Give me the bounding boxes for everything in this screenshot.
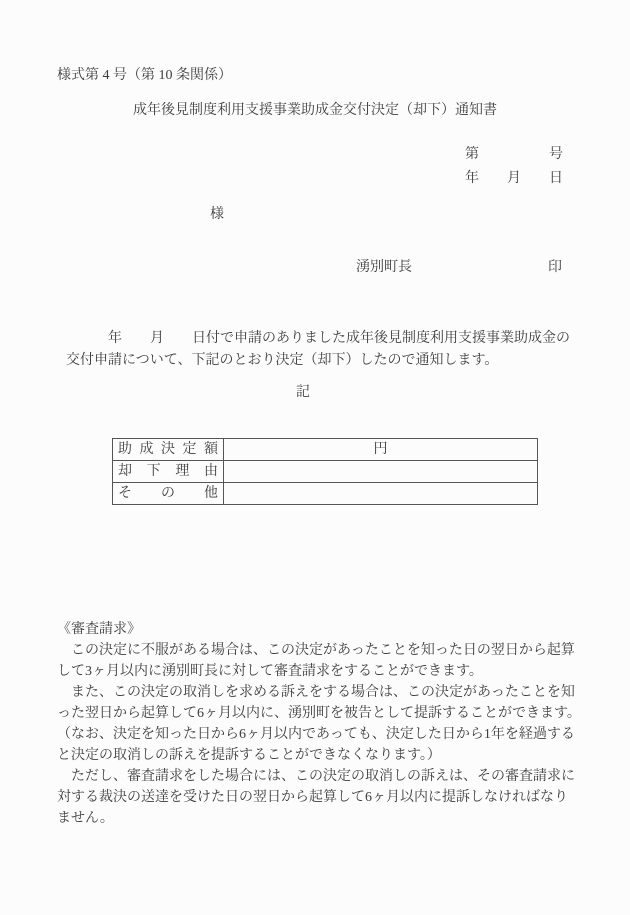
table-label-grant-amount: 助成決定額: [113, 439, 224, 461]
issuer-name: 湧別町長: [356, 261, 412, 275]
table-value-rejection-reason: [224, 461, 538, 483]
table-label-text: 却下理由: [118, 461, 218, 482]
table-label-text: その他: [118, 483, 218, 504]
record-mark: 記: [0, 386, 606, 400]
appeal-line: と決定の取消しの訴えを提訴することができなくなります。）: [57, 745, 582, 766]
appeal-line: ただし、審査請求をした場合には、この決定の取消しの訴えは、その審査請求に: [57, 766, 582, 787]
appeal-line: （なお、決定を知った日から6ヶ月以内であっても、決定した日から1年を経過する: [57, 724, 582, 745]
document-number-line: 第 号: [465, 148, 563, 162]
table-label-text: 助成決定額: [118, 439, 218, 460]
appeal-section: 《審査請求》 この決定に不服がある場合は、この決定があったことを知った日の翌日か…: [57, 619, 582, 829]
date-line: 年 月 日: [465, 172, 563, 186]
document-title: 成年後見制度利用支援事業助成金交付決定（却下）通知書: [0, 104, 630, 118]
notification-body: 年 月 日付で申請のありました成年後見制度利用支援事業助成金の 交付申請について…: [66, 328, 586, 373]
seal-mark: 印: [548, 261, 562, 275]
appeal-line: 対する裁決の送達を受けた日の翌日から起算して6ヶ月以内に提訴しなければなり: [57, 787, 582, 808]
form-number: 様式第 4 号（第 10 条関係）: [57, 69, 232, 83]
table-row-grant-amount: 助成決定額 円: [113, 439, 538, 461]
appeal-line: また、この決定の取消しを求める訴えをする場合は、この決定があったことを知: [57, 682, 582, 703]
table-row-rejection-reason: 却下理由: [113, 461, 538, 483]
issuer-row: 湧別町長 印: [356, 261, 562, 275]
table-value-other: [224, 483, 538, 505]
table-label-rejection-reason: 却下理由: [113, 461, 224, 483]
table-row-other: その他: [113, 483, 538, 505]
appeal-line: った翌日から起算して6ヶ月以内に、湧別町を被告として提訴することができます。: [57, 703, 582, 724]
appeal-line: この決定に不服がある場合は、この決定があったことを知った日の翌日から起算: [57, 640, 582, 661]
document-page: 様式第 4 号（第 10 条関係） 成年後見制度利用支援事業助成金交付決定（却下…: [0, 0, 630, 915]
decision-table: 助成決定額 円 却下理由 その他: [112, 438, 538, 505]
appeal-line: ません。: [57, 808, 582, 829]
appeal-heading: 《審査請求》: [57, 619, 582, 640]
appeal-line: して3ヶ月以内に湧別町長に対して審査請求をすることができます。: [57, 661, 582, 682]
notification-body-line1: 年 月 日付で申請のありました成年後見制度利用支援事業助成金の: [66, 328, 586, 350]
addressee-honorific: 様: [210, 208, 224, 222]
notification-body-line2: 交付申請について、下記のとおり決定（却下）したので通知します。: [66, 350, 586, 372]
table-label-other: その他: [113, 483, 224, 505]
table-value-grant-amount: 円: [224, 439, 538, 461]
